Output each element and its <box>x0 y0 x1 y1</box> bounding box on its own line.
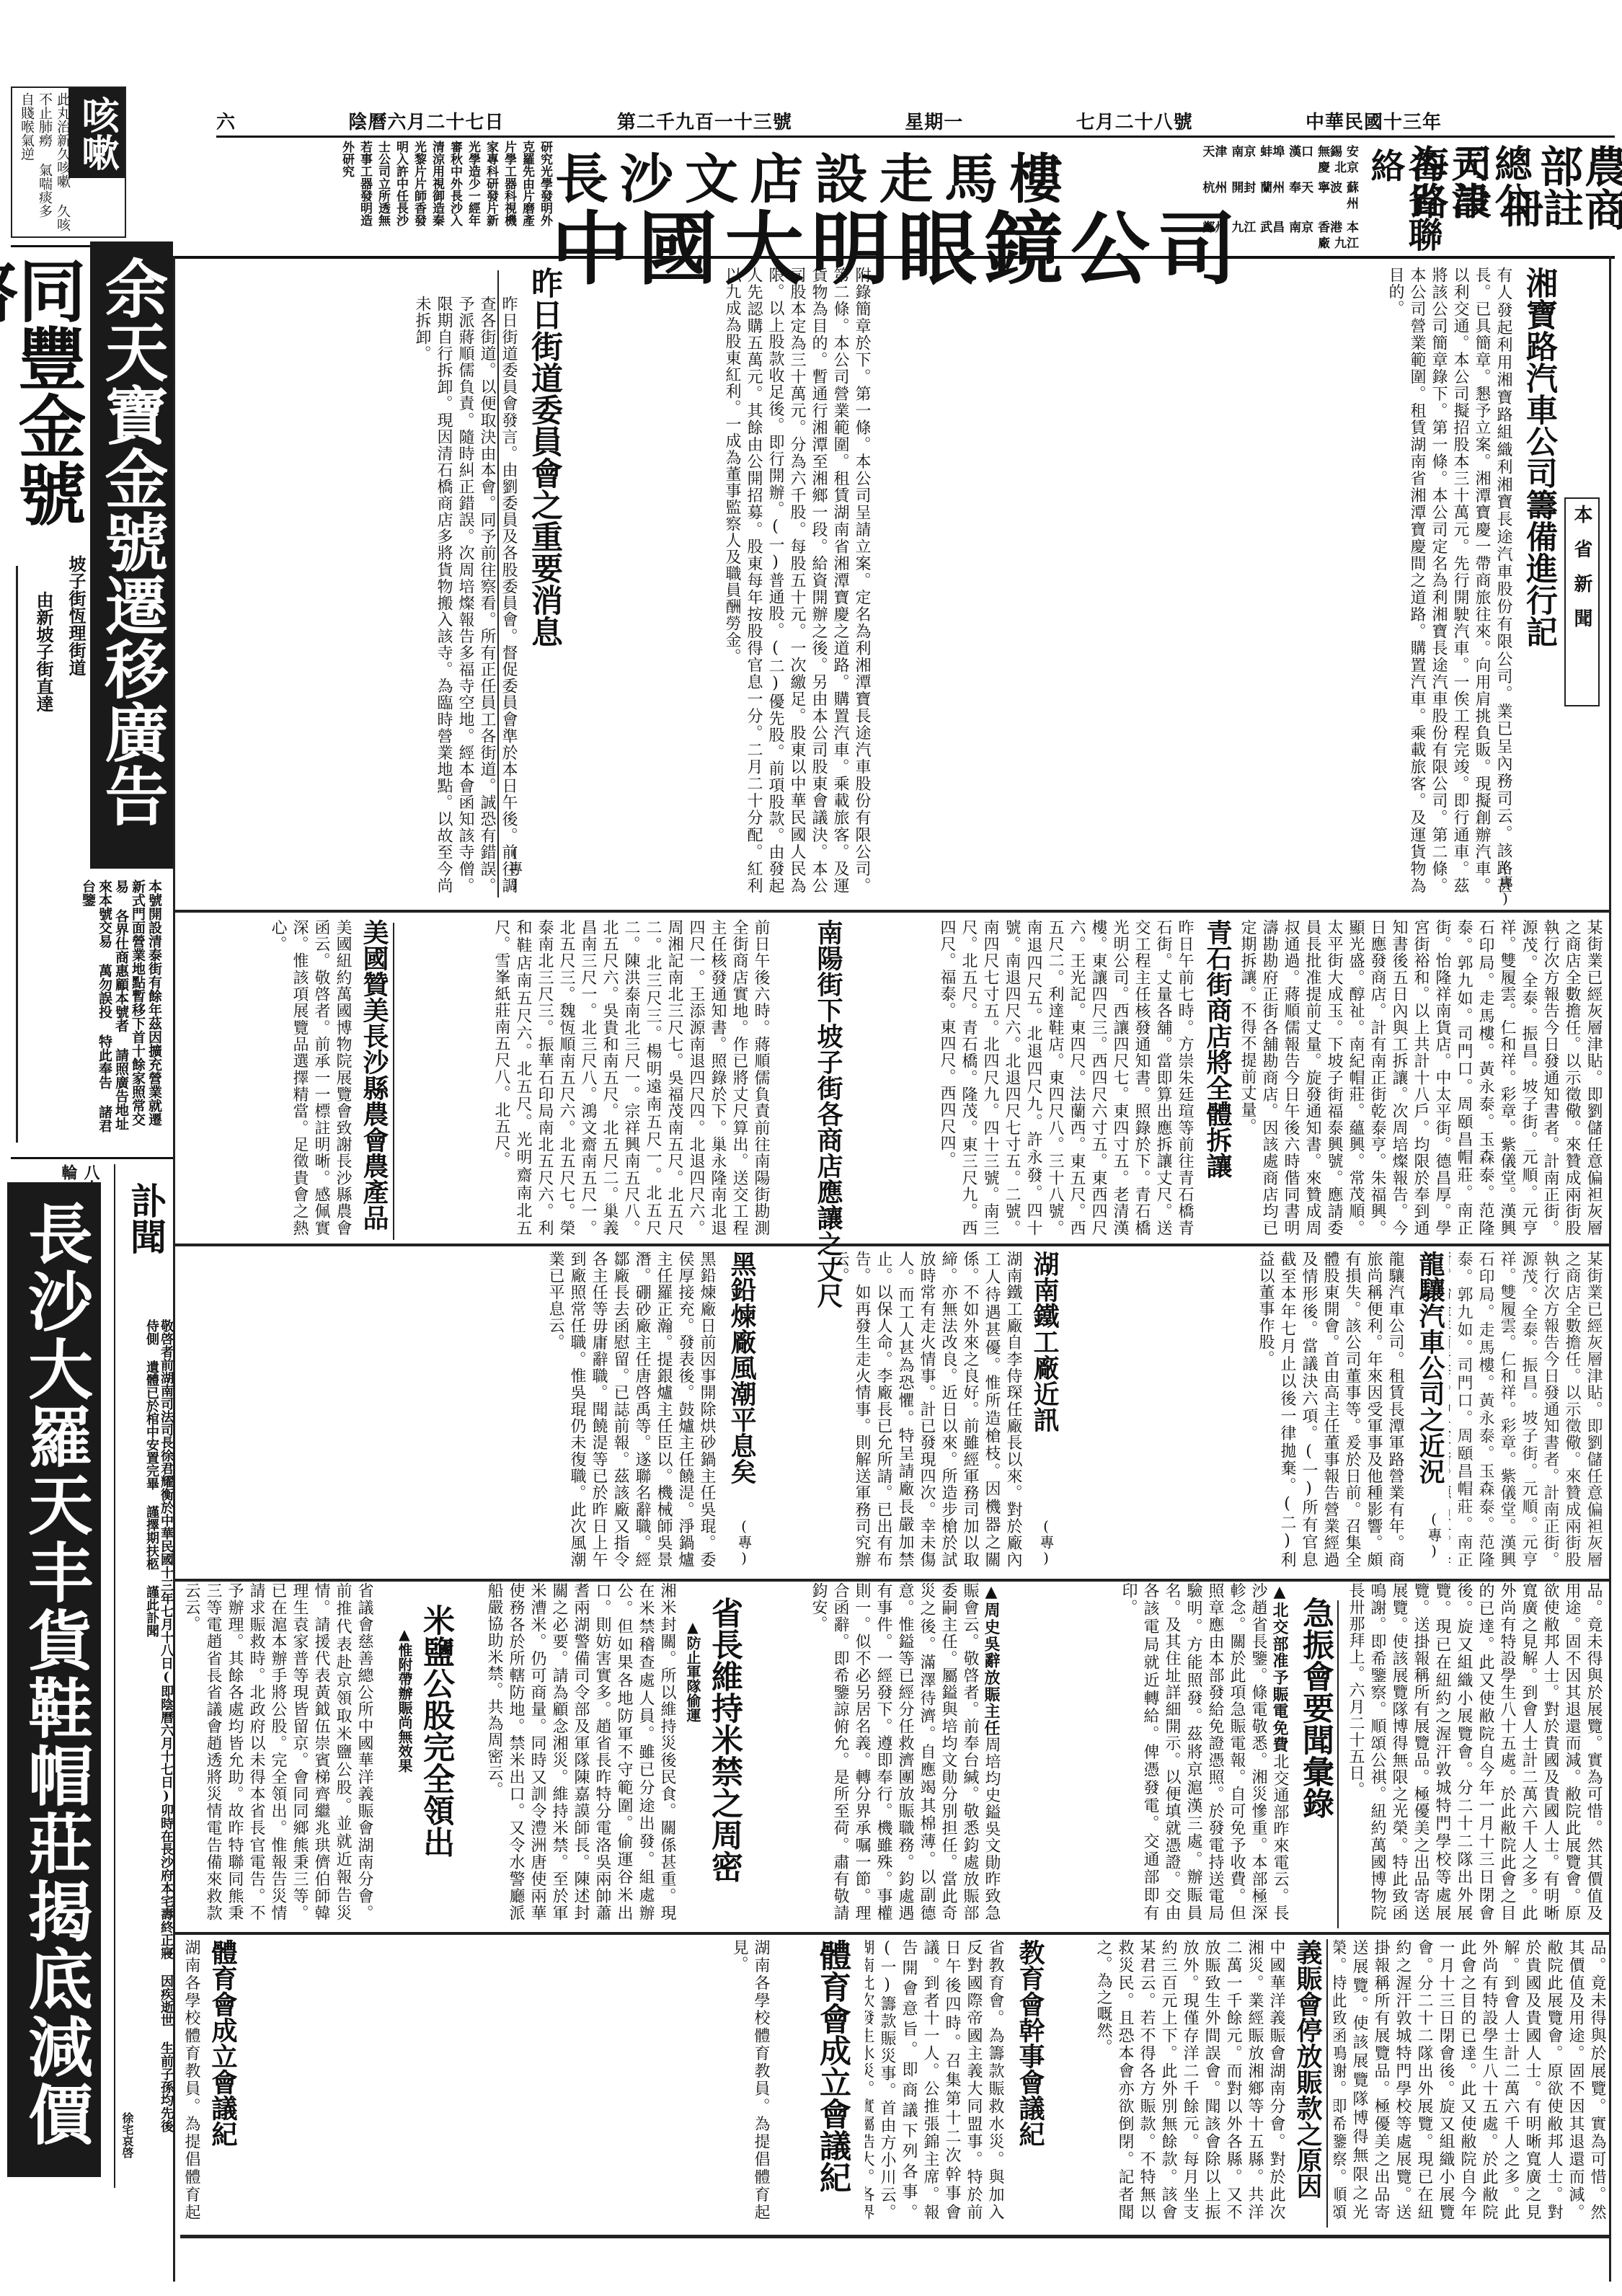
relief-item-2: ▲周史吳辭放賑主任周培均史鎰吳文勛昨致急賑會云。敬啓者。前奉台緘。敬悉鈞處放賑部… <box>757 1582 1002 1921</box>
relief-item-label: ▲周史吳辭放賑主任 <box>982 1582 1001 1737</box>
hat-ad: 長沙大羅天丰貨鞋帽莊揭底減價 <box>7 1182 101 2177</box>
article-longxiang-bus: 龍驤汽車公司之近況 (專) 某街業已經灰層津貼。即劉儲任意偏袒灰層之商店全數擔任… <box>1226 1251 1604 1575</box>
article-body: 湖南鐵工廠自李侍琛任廠長以來。對於廠內工人待遇甚優。惟所造槍枝。因機器之關係。不… <box>764 1251 1024 1568</box>
relief-item-label: ▲北交部准予賑電免費 <box>1270 1582 1289 1753</box>
headline: 南陽街下坡子街各商店應讓之丈尺 <box>812 919 843 1236</box>
obituary-signature: 徐宅哀啓 <box>119 2112 136 2184</box>
article-body: 美國紐約萬國博物院展覽會致謝長沙縣農會函云。敬啓者。前承一一標註明晰。感佩實深。… <box>180 919 353 1236</box>
article-expo-letter: 品。竟未得與於展覽。實為可惜。然其價值及用途。固不因其退還而減。敝院此展覽會。原… <box>1319 1582 1604 1928</box>
goldsmith-address-1: 坡子街恆理街道 <box>68 555 89 743</box>
main-left-border <box>173 256 175 2282</box>
relief-item-text: 周培均史鎰吳文勛昨致急賑會云。敬啓者。前奉台緘。敬悉鈞處放賑部委嗣主任。屬鎰與培… <box>810 1582 1001 1921</box>
band4-rule <box>173 1932 1611 1935</box>
headline: 體育會成立會議紀 <box>206 1939 238 2228</box>
headline: 青石街商店將全體拆讓 <box>1201 919 1233 1236</box>
article-body: 省議會慈善總公所中國華洋義賑會湖南分會。前推代表赴京領取米鹽公股。並就近報告災情… <box>180 1582 375 1921</box>
obituary-title: 訃聞 <box>124 1182 167 1254</box>
masthead-branches-1: 天津 南京 蚌埠 漢口 無錫 安慶 北京 <box>1193 144 1359 176</box>
cough-ad-text: 此丸治新久咳嗽 久咳不止肺癆 氣喘痰多 自賤喉氣逆 <box>15 92 71 236</box>
masthead-bottom-rule <box>173 256 1615 259</box>
article-body: 附錄簡章於下。第一條。本公司呈請立案。定名為利湘潭寶長途汽車股份有限公司。第二條… <box>573 267 872 894</box>
headline: 米鹽公股完全領出 <box>417 1604 454 1921</box>
article-body: 湖南各學校體育教員。為提倡體育起見。 <box>238 1939 771 2220</box>
relief-item-1: ▲北交部准予賑電免費北交通部昨來電云。長沙趙省長鑒。條電敬悉。湘災慘重。本部極深… <box>1009 1582 1290 1921</box>
article-lead-smelter: 黑鉛煉廠風潮平息矣 (專) 黑鉛煉廠日前因事開除烘砂鍋主任吳琨。委侯厚接充。發表… <box>180 1251 757 1575</box>
article-education-meeting: 體育會成立會議紀 湖南各學校體育教員。為提倡體育起見。 <box>238 1939 858 2228</box>
masthead-branches-label: 各省聯絡 <box>1366 148 1441 256</box>
dateline-weekday: 星期一 <box>905 107 963 134</box>
article-epidemic: 教育會幹事會議紀 省教育會。為籌款賑救水災。與加入反對國際帝國主義大同盟事。特於… <box>865 1939 1074 2228</box>
big-gold-ad-title: 同豐金號啓 <box>11 256 79 566</box>
article-street-committee: 昨日街道委員會之重要消息 (專) 昨日街道委員會發言。由劉委員及各股委員會。督促… <box>180 267 562 901</box>
article-xiangbao-bus: 湘寶路汽車公司籌備進行記 (專) 有人發起利用湘寶路組織利湘寶長途汽車股份有限公… <box>879 267 1557 901</box>
headline: 體育會成立會議紀 <box>813 1939 851 2228</box>
band2-rule <box>173 1244 1611 1246</box>
dateline-year: 中華民國十三年 <box>1306 107 1442 134</box>
cough-ad: 咳嗽 此丸治新久咳嗽 久咳不止肺癆 氣喘痰多 自賤喉氣逆 <box>11 87 126 238</box>
article-tag: (專) <box>734 1517 754 1566</box>
band2-divider <box>393 923 394 1240</box>
goldsmith-ad: 余天寶金號遷移廣告 <box>90 241 173 869</box>
goldsmith-ad-title: 余天寶金號遷移廣告 <box>96 256 168 869</box>
article-relief-pause: 義賑會停放賑款之原因 中國華洋義賑會湖南分會。對於此次湘災。業經賑放湘鄉等十五縣… <box>1081 1939 1323 2228</box>
article-nanyang-street: 南陽街下坡子街各商店應讓之丈尺 前日午後六時。蔣順儒負責前往南陽街勘測全街商店實… <box>396 919 843 1240</box>
article-body: 某街業已經灰層津貼。即劉儲任意偏袒灰層之商店全數擔任。以示徵儆。來贊成兩街股執行… <box>1240 919 1604 1236</box>
article-relief-news: 急振會要聞彙錄 ▲北交部准予賑電免費北交通部昨來電云。長沙趙省長鑒。條電敬悉。湘… <box>757 1582 1334 1928</box>
headline: 教育會幹事會議紀 <box>1014 1939 1045 2228</box>
headline: 省長維持米禁之周密 <box>705 1597 743 1914</box>
dateline-date: 七月二十八號 <box>1076 107 1193 134</box>
article-hunan-ironworks: 湖南鐵工廠近訊 (專) 湖南鐵工廠自李侍琛任廠長以來。對於廠內工人待遇甚優。惟所… <box>764 1251 1218 1575</box>
left-ad-rule-2 <box>11 1157 173 1159</box>
article-body: 昨日午前七時。方崇朱廷瑄等前往青石橋青石街。丈量各舖。當即算出應拆讓丈尺。送交工… <box>851 919 1195 1236</box>
band1-rule <box>173 910 1611 913</box>
article-subhead: ▲防止軍隊偷運 <box>683 1618 703 1722</box>
article-body: 湖南各學校體育教員。為提倡體育起見。 <box>180 1939 202 2220</box>
article-body: 有人發起利用湘寶路組織利湘寶長途汽車股份有限公司。業已呈內務司云。該路甚長。已具… <box>883 267 1514 894</box>
article-body: 省教育會。為籌款賑救水災。與加入反對國際帝國主義大同盟事。特於前日午後四時。召集… <box>865 1939 1006 2220</box>
article-expo-ending: 品。竟未得與於展覽。實為可惜。然其價值及用途。固不因其退還而減。敝院此展覽會。原… <box>1334 1939 1608 2228</box>
headline: 湘寶路汽車公司籌備進行記 <box>1520 267 1557 894</box>
article-tag: (專) <box>1424 1510 1444 1559</box>
dateline-issue: 第二千九百一十三號 <box>617 107 792 134</box>
dateline-lunar: 陰曆六月二十七日 <box>348 107 504 134</box>
article-body-prev: 某街業已經灰層津貼。即劉儲任意偏袒灰層之商店全數擔任。以示徵儆。來贊成兩街股執行… <box>1449 1251 1604 1568</box>
page-bottom-rule <box>180 2235 1611 2238</box>
article-body: 黑鉛煉廠日前因事開除烘砂鍋主任吳琨。委侯厚接充。發表後。鼓爐主任饒湜。淨鍋爐主任… <box>184 1251 717 1568</box>
headline: 美國贊美長沙縣農會農產品 <box>358 919 389 1236</box>
masthead-branches-3: 鄭州 九江 武昌 南京 香港 本廠 九江 <box>1193 220 1359 252</box>
obit-divider <box>114 1164 115 2188</box>
headline: 義賑會停放賑款之原因 <box>1291 1939 1323 2228</box>
relief-divider <box>1337 1600 1339 1928</box>
dateline-page: 六 <box>216 107 236 134</box>
article-tag: (專) <box>1036 1517 1056 1566</box>
band3-rule <box>173 1579 1611 1582</box>
relief-item-text: 北交通部昨來電云。長沙趙省長鑒。條電敬悉。湘災慘重。本部極深軫念。關於此項急賑電… <box>1120 1582 1289 1921</box>
article-body: 品。竟未得與於展覽。實為可惜。然其價值及用途。固不因其退還而減。敝院此展覽會。原… <box>1319 1582 1604 1921</box>
article-body: 昨日街道委員會發言。由劉委員及各股委員會。督促委員會準於本日午後。前往調查各街道… <box>187 296 519 894</box>
article-body: 中國華洋義賑會湖南分會。對於此次湘災。業經賑放湘鄉等十五縣。共洋二萬一千餘元。而… <box>1081 1939 1287 2220</box>
article-street-notices: 某街業已經灰層津貼。即劉儲任意偏袒灰層之商店全數擔任。以示徵儆。來贊成兩街股執行… <box>1240 919 1604 1240</box>
optics-ad-text: 研究光學發明外克羅先由片磨產片學工器科視機家專科研發片新光學造少一經年審秋中外長… <box>179 141 554 238</box>
article-rice-ban: 省長維持米禁之周密 ▲防止軍隊偷運 湘米封關。所以維持災後民食。關係甚重。現在米… <box>180 1582 750 1928</box>
goldsmith-address-2: 由新坡子街直達 <box>36 591 56 779</box>
main-right-border <box>1609 256 1611 2282</box>
article-subhead: ▲惟附帶辦賑尚無效果 <box>394 1626 415 1773</box>
dateline: 中華民國十三年 七月二十八號 星期一 第二千九百一十三號 陰曆六月二十七日 六 <box>216 108 1442 133</box>
relocation-notice: 本號開設清泰街有餘年茲因擴充營業就遷新式門面營業地點暫移下首十餘家照常交易 各界… <box>11 879 162 1139</box>
article-american-expo: 美國贊美長沙縣農會農產品 美國紐約萬國博物院展覽會致謝長沙縣農會函云。敬啓者。前… <box>180 919 389 1240</box>
obituary-text: 敬啓者前湖南司法司長徐君耀衡於中華民國十三年七月十八日(即陰曆六月十七日)卯時在… <box>130 1319 173 2134</box>
cough-ad-title: 咳嗽 <box>78 96 115 171</box>
article-xiangbao-continued: 附錄簡章於下。第一條。本公司呈請立案。定名為利湘潭寶長途汽車股份有限公司。第二條… <box>570 267 872 901</box>
hat-ad-title: 長沙大羅天丰貨鞋帽莊揭底減價 <box>14 1200 94 2177</box>
article-body: 龍驤汽車公司。租賃長潭軍路營業有年。商旅尚稱便利。年來因受軍事及他種影響。頗有損… <box>1226 1251 1406 1568</box>
article-body: 品。竟未得與於展覽。實為可惜。然其價值及用途。固不因其退還而減。敝院此展覽會。原… <box>1334 1939 1608 2220</box>
band5-divider <box>1326 1939 1328 2228</box>
headline: 昨日街道委員會之重要消息 <box>525 267 562 894</box>
masthead-branches-2: 杭州 開封 蘭州 奉天 寧波 蘇州 <box>1193 180 1359 212</box>
article-sports-association: 體育會成立會議紀 體育會成立會議紀 湖南各學校體育教員。為提倡體育起見。 <box>180 1939 238 2228</box>
article-qingshi-street: 青石街商店將全體拆讓 昨日午前七時。方崇朱廷瑄等前往青石橋青石街。丈量各舖。當即… <box>851 919 1233 1240</box>
section-label-provincial-news: 本省新聞 <box>1564 497 1600 706</box>
headline: 急振會要聞彙錄 <box>1296 1597 1334 1914</box>
article-body: 湘米封關。所以維持災後民食。關係甚重。現在米禁稽查處人員。雖已分途出發。組處辦公… <box>461 1582 678 1921</box>
article-body: 前日午後六時。蔣順儒負責前往南陽街勘測全街商店實地。作已將丈尺算出。送交工程主任… <box>396 919 771 1236</box>
